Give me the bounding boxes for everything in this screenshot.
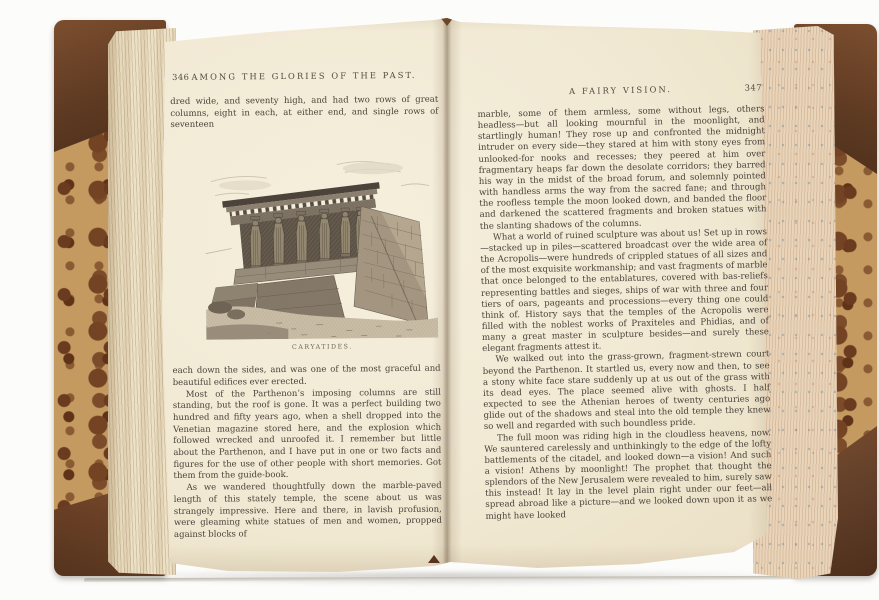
right-paragraph: We walked out into the grass-grown, frag… [482, 350, 771, 434]
right-paragraph: The full moon was riding high in the clo… [484, 428, 773, 523]
caryatides-figure: CARYATIDES. [205, 156, 439, 352]
left-page-number: 346 [172, 72, 189, 82]
right-paragraph: What a world of ruined sculpture was abo… [480, 227, 769, 355]
left-page: 346 AMONG THE GLORIES OF THE PAST. dred … [170, 70, 442, 542]
left-paragraph: Most of the Parthenon’s imposing columns… [173, 387, 442, 483]
tailband-notch [428, 555, 440, 563]
left-running-title: AMONG THE GLORIES OF THE PAST. [170, 70, 438, 82]
caryatides-engraving [205, 156, 439, 340]
right-page: A FAIRY VISION. 347 marble, some of them… [477, 82, 773, 522]
right-paragraph: marble, some of them armless, some witho… [477, 104, 766, 232]
left-running-head: 346 AMONG THE GLORIES OF THE PAST. [170, 70, 438, 85]
headband-notch [440, 17, 454, 26]
left-body-top: dred wide, and seventy high, and had two… [170, 95, 438, 132]
right-page-number: 347 [745, 82, 763, 92]
left-paragraph: As we wandered thoughtfully down the mar… [174, 481, 443, 542]
left-paragraph: each down the sides, and was one of the … [173, 364, 441, 390]
book-photo: 346 AMONG THE GLORIES OF THE PAST. dred … [0, 0, 879, 600]
engraving-caption: CARYATIDES. [206, 343, 438, 352]
